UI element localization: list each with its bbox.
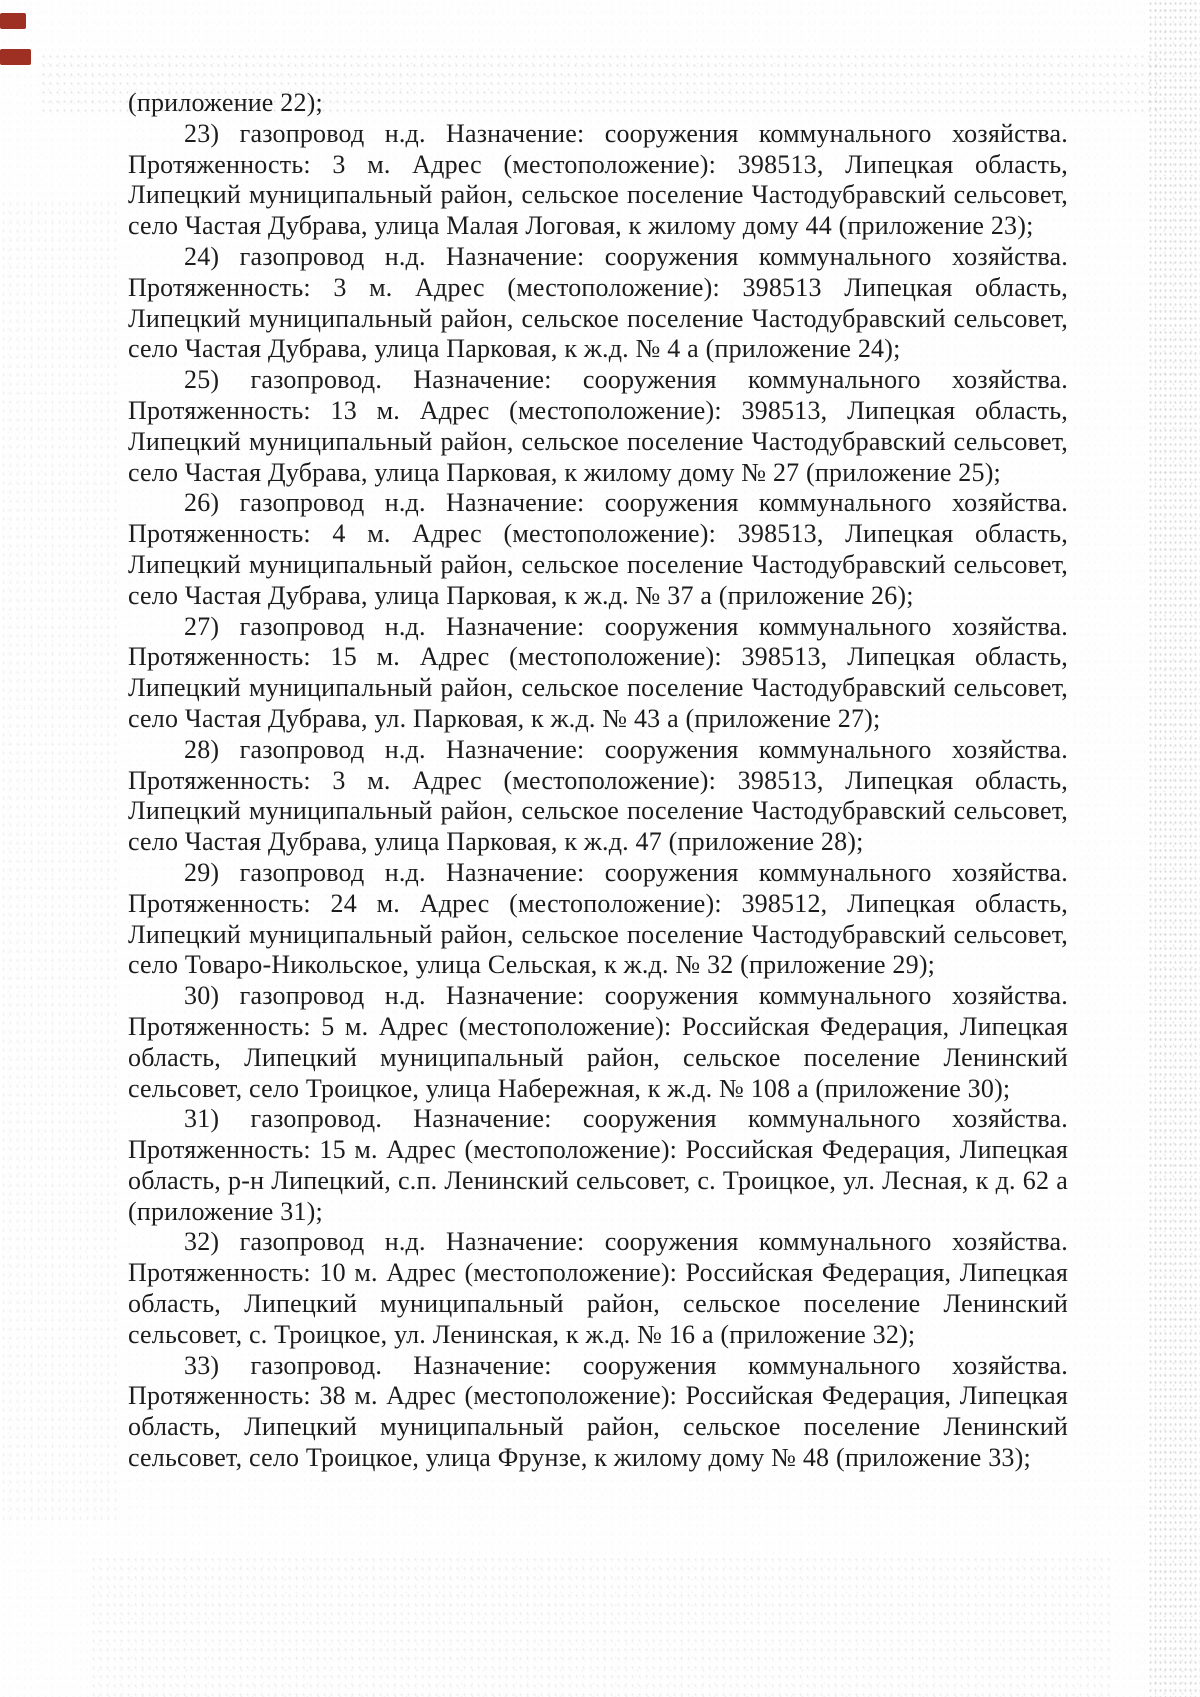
list-item-30: 30) газопровод н.д. Назначение: сооружен… bbox=[128, 981, 1068, 1104]
list-item-31: 31) газопровод. Назначение: сооружения к… bbox=[128, 1104, 1068, 1227]
red-edge-mark-bottom bbox=[0, 49, 31, 65]
list-item-33: 33) газопровод. Назначение: сооружения к… bbox=[128, 1351, 1068, 1474]
list-item-29: 29) газопровод н.д. Назначение: сооружен… bbox=[128, 858, 1068, 981]
document-text: (приложение 22); 23) газопровод н.д. Наз… bbox=[128, 88, 1068, 1474]
list-item-23: 23) газопровод н.д. Назначение: сооружен… bbox=[128, 119, 1068, 242]
scan-noise-bottom-band bbox=[90, 1555, 1110, 1697]
list-item-32: 32) газопровод н.д. Назначение: сооружен… bbox=[128, 1227, 1068, 1350]
scanned-page: (приложение 22); 23) газопровод н.д. Наз… bbox=[0, 0, 1200, 1697]
continuation-line: (приложение 22); bbox=[128, 88, 1068, 119]
list-item-27: 27) газопровод н.д. Назначение: сооружен… bbox=[128, 612, 1068, 735]
list-item-24: 24) газопровод н.д. Назначение: сооружен… bbox=[128, 242, 1068, 365]
list-item-26: 26) газопровод н.д. Назначение: сооружен… bbox=[128, 488, 1068, 611]
list-item-25: 25) газопровод. Назначение: сооружения к… bbox=[128, 365, 1068, 488]
scan-noise-right-edge bbox=[1148, 0, 1200, 1697]
list-item-28: 28) газопровод н.д. Назначение: сооружен… bbox=[128, 735, 1068, 858]
red-edge-mark-top bbox=[0, 13, 26, 29]
scan-noise-left-margin bbox=[0, 200, 118, 1520]
